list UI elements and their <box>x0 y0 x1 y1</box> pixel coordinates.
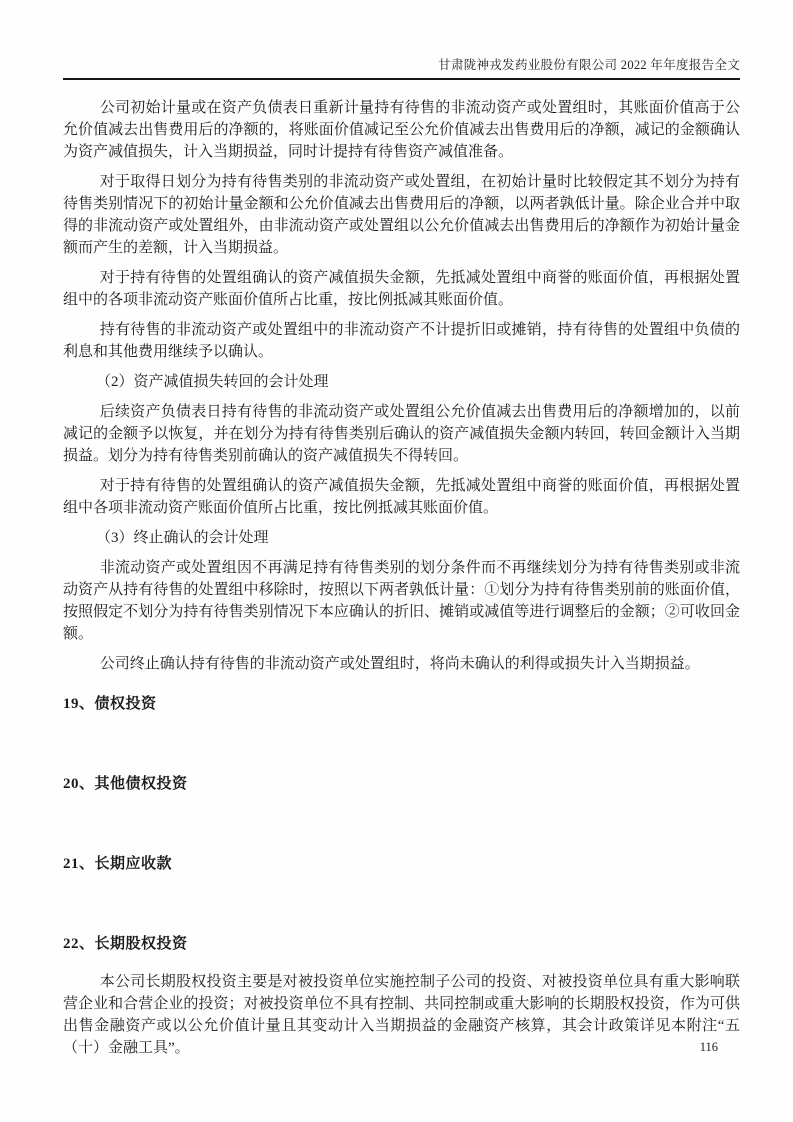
page-footer: 116 <box>700 1040 718 1055</box>
paragraph-reclassification-measurement: 非流动资产或处置组因不再满足持有待售类别的划分条件而不再继续划分为持有待售类别或… <box>63 557 740 645</box>
page-content: 公司初始计量或在资产负债表日重新计量持有待售的非流动资产或处置组时，其账面价值高… <box>63 97 740 1059</box>
paragraph-no-depreciation-amortization: 持有待售的非流动资产或处置组中的非流动资产不计提折旧或摊销，持有待售的处置组中负… <box>63 319 740 363</box>
page-number: 116 <box>700 1040 718 1054</box>
section-heading-22-long-term-equity-investments: 22、长期股权投资 <box>63 933 740 955</box>
section-heading-19-debt-investments: 19、债权投资 <box>63 693 740 715</box>
page-header: 甘肃陇神戎发药业股份有限公司 2022 年年度报告全文 <box>63 57 740 80</box>
paragraph-impairment-allocation-disposal-group: 对于持有待售的处置组确认的资产减值损失金额，先抵减处置组中商誉的账面价值，再根据… <box>63 475 740 519</box>
paragraph-impairment-allocation: 对于持有待售的处置组确认的资产减值损失金额，先抵减处置组中商誉的账面价值，再根据… <box>63 267 740 311</box>
paragraph-derecognition-gain-loss: 公司终止确认持有待售的非流动资产或处置组时，将尚未确认的利得或损失计入当期损益。 <box>63 653 740 675</box>
section-heading-21-long-term-receivables: 21、长期应收款 <box>63 853 740 875</box>
subheading-impairment-loss-reversal: （2）资产减值损失转回的会计处理 <box>63 371 740 393</box>
paragraph-acquisition-date-classification: 对于取得日划分为持有待售类别的非流动资产或处置组，在初始计量时比较假定其不划分为… <box>63 171 740 259</box>
report-page: 甘肃陇神戎发药业股份有限公司 2022 年年度报告全文 公司初始计量或在资产负债… <box>0 0 793 1122</box>
paragraph-initial-measurement: 公司初始计量或在资产负债表日重新计量持有待售的非流动资产或处置组时，其账面价值高… <box>63 97 740 163</box>
subheading-derecognition-accounting: （3）终止确认的会计处理 <box>63 527 740 549</box>
paragraph-long-term-equity-policy: 本公司长期股权投资主要是对被投资单位实施控制子公司的投资、对被投资单位具有重大影… <box>63 971 740 1059</box>
report-title: 甘肃陇神戎发药业股份有限公司 2022 年年度报告全文 <box>438 58 740 72</box>
paragraph-reversal-rule: 后续资产负债表日持有待售的非流动资产或处置组公允价值减去出售费用后的净额增加的，… <box>63 401 740 467</box>
section-heading-20-other-debt-investments: 20、其他债权投资 <box>63 773 740 795</box>
